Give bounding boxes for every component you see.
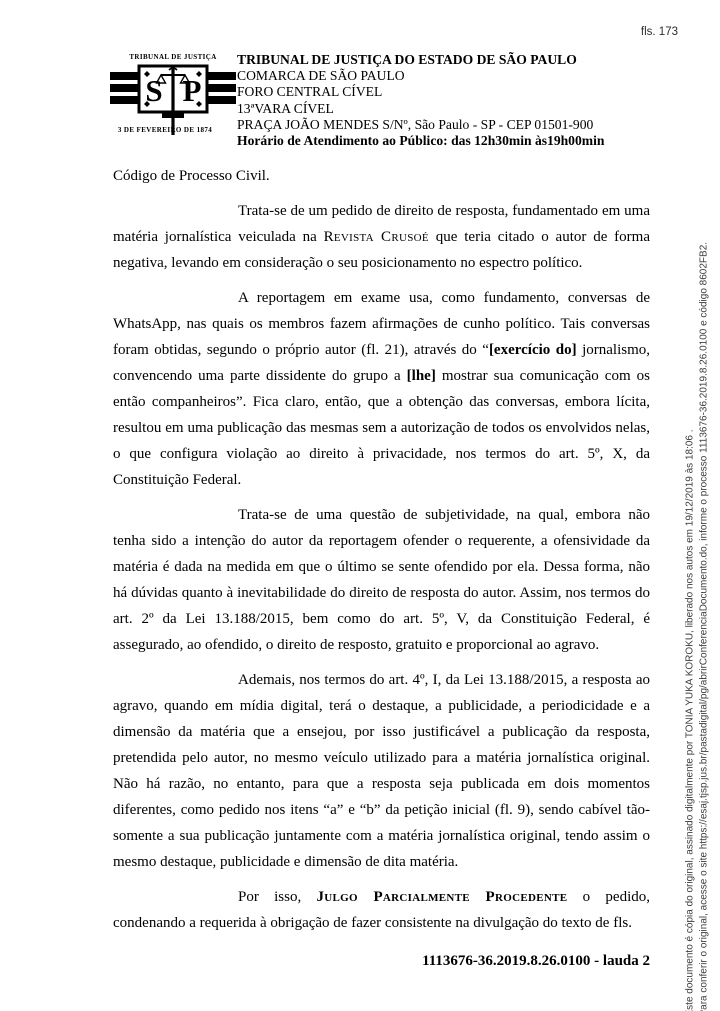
logo-letter-p: P — [183, 73, 202, 108]
verification-url-line: Para conferir o original, acesse o site … — [697, 17, 711, 1011]
text-segment: mostrar sua comunicação com os então com… — [113, 368, 650, 488]
court-name: TRIBUNAL DE JUSTIÇA DO ESTADO DE SÃO PAU… — [237, 52, 604, 68]
foro-line: FORO CENTRAL CÍVEL — [237, 84, 604, 100]
court-document-page: fls. 173 TRIBUNAL DE JUSTIÇA S P — [0, 0, 720, 1011]
vara-line: 13ªVARA CÍVEL — [237, 101, 604, 117]
body-paragraph: Trata-se de um pedido de direito de resp… — [113, 198, 650, 276]
opening-hours-line: Horário de Atendimento ao Público: das 1… — [237, 133, 604, 149]
tjsp-coat-of-arms-icon: TRIBUNAL DE JUSTIÇA S P — [110, 48, 236, 144]
logo-letter-s: S — [145, 73, 162, 108]
text-segment: [lhe] — [407, 368, 436, 384]
body-paragraph: Trata-se de uma questão de subjetividade… — [113, 502, 650, 658]
decision-body: Código de Processo Civil.Trata-se de um … — [113, 163, 650, 936]
logo-top-label: TRIBUNAL DE JUSTIÇA — [129, 53, 216, 61]
text-segment: Julgo Parcialmente Procedente — [316, 889, 567, 905]
text-segment: Ademais, nos termos do art. 4º, I, da Le… — [113, 672, 650, 870]
text-segment: Trata-se de uma questão de subjetividade… — [113, 507, 650, 653]
body-paragraph: Por isso, Julgo Parcialmente Procedente … — [113, 884, 650, 936]
text-segment: Por isso, — [238, 889, 316, 905]
body-paragraph: Código de Processo Civil. — [113, 163, 650, 189]
text-segment: Código de Processo Civil. — [113, 168, 270, 184]
body-paragraph: Ademais, nos termos do art. 4º, I, da Le… — [113, 667, 650, 875]
text-segment: [exercício do] — [489, 342, 577, 358]
address-line: PRAÇA JOÃO MENDES S/Nº, São Paulo - SP -… — [237, 117, 604, 133]
logo-bottom-label: 3 DE FEVEREIRO DE 1874 — [118, 126, 212, 134]
body-paragraph: A reportagem em exame usa, como fundamen… — [113, 285, 650, 493]
page-number-fls: fls. 173 — [641, 26, 678, 38]
comarca-line: COMARCA DE SÃO PAULO — [237, 68, 604, 84]
text-segment: Revista Crusoé — [324, 229, 429, 245]
digital-signature-sidebar: Este documento é cópia do original, assi… — [684, 17, 711, 1011]
signature-certification-line: Este documento é cópia do original, assi… — [684, 17, 698, 1011]
court-header: TRIBUNAL DE JUSTIÇA S P — [110, 48, 604, 149]
process-number-footer: 1113676-36.2019.8.26.0100 - lauda 2 — [422, 953, 650, 970]
court-header-lines: TRIBUNAL DE JUSTIÇA DO ESTADO DE SÃO PAU… — [237, 48, 604, 149]
